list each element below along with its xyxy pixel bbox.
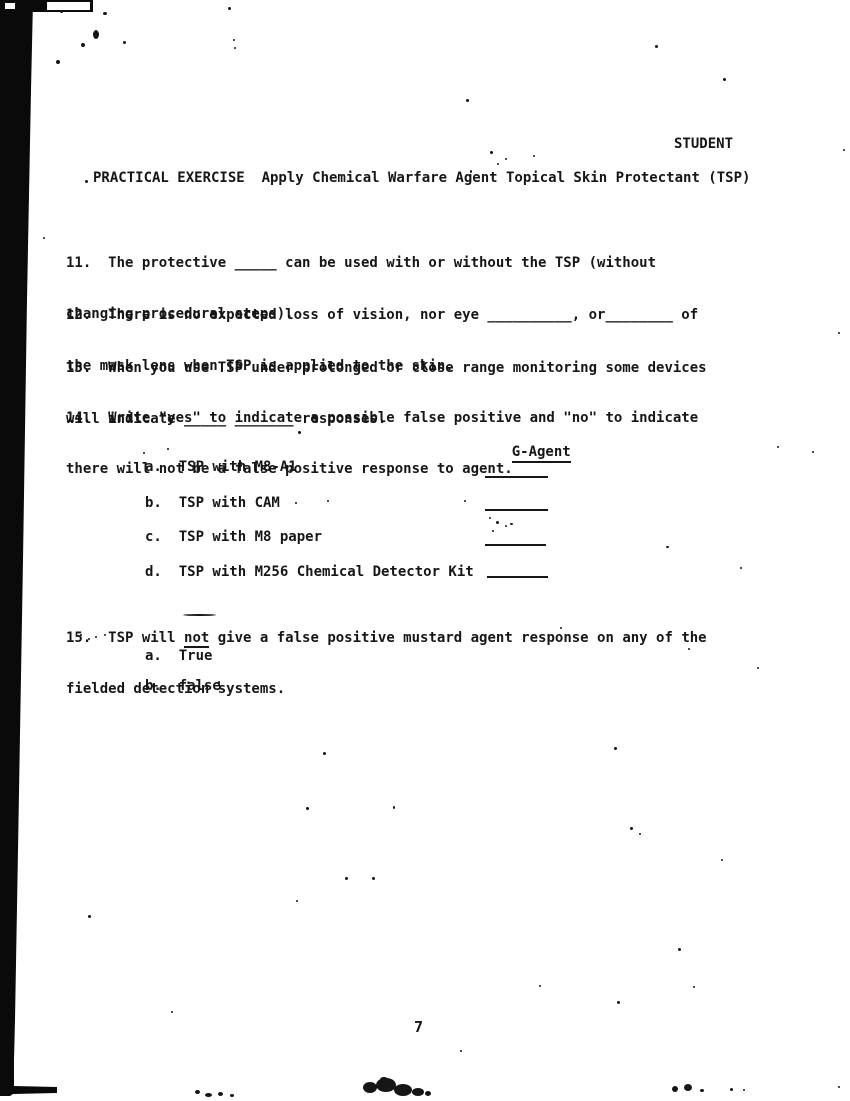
g-agent-column-header-text: G-Agent [512, 444, 571, 463]
answer-blank-c [485, 544, 546, 546]
noise-speck [218, 1092, 223, 1096]
scan-noise-layer [0, 0, 850, 1101]
q14-option-a: a. TSP with M8-A1 [145, 459, 297, 476]
noise-speck [56, 60, 60, 64]
noise-speck [666, 546, 669, 548]
noise-speck [672, 1086, 678, 1092]
noise-speck [533, 155, 535, 157]
noise-speck [380, 1077, 388, 1082]
noise-speck [655, 45, 658, 48]
noise-speck [195, 1090, 200, 1094]
noise-speck [843, 149, 845, 151]
noise-speck [510, 523, 513, 525]
noise-speck [230, 1094, 234, 1097]
noise-speck [838, 332, 840, 334]
g-agent-column-header: G-Agent [478, 427, 571, 478]
noise-speck [123, 41, 126, 44]
noise-speck [323, 752, 326, 755]
noise-speck [812, 451, 814, 453]
noise-speck [723, 78, 726, 81]
noise-speck [425, 1091, 431, 1096]
noise-speck [372, 877, 375, 880]
q14-option-c: c. TSP with M8 paper [145, 529, 322, 546]
answer-blank-d [487, 576, 548, 578]
question-11-line1: 11. The protective _____ can be used wit… [66, 255, 656, 272]
noise-speck [490, 151, 493, 154]
scan-edge-artifact [0, 0, 850, 1101]
underlined-word-not: not [184, 630, 209, 648]
noise-speck [234, 47, 236, 49]
noise-speck [363, 1082, 377, 1093]
noise-speck [757, 667, 759, 669]
noise-speck [88, 915, 91, 918]
noise-speck [630, 827, 633, 830]
noise-speck [721, 859, 723, 861]
noise-speck [496, 521, 499, 524]
noise-speck [233, 39, 235, 41]
noise-speck [838, 1086, 840, 1088]
noise-speck [460, 1050, 462, 1052]
noise-speck [684, 1084, 692, 1091]
q14-option-b: b. TSP with CAM [145, 495, 280, 512]
question-15-line1: 15. TSP will not give a false positive m… [66, 630, 707, 647]
noise-speck [617, 1001, 620, 1004]
question-13-line1: 13. When you use TSP under prolonged or … [66, 360, 707, 377]
answer-blank-a [485, 476, 548, 478]
noise-speck [205, 1093, 212, 1097]
noise-speck [777, 446, 779, 448]
q15-option-true: a. True [145, 648, 212, 665]
noise-speck [466, 99, 469, 102]
noise-speck [497, 163, 499, 165]
noise-speck [393, 806, 395, 809]
question-14: 14. Write "yes" to indicate a possible f… [66, 376, 698, 512]
noise-speck [85, 180, 88, 183]
noise-speck [489, 517, 491, 519]
noise-speck [394, 1084, 412, 1096]
question-14-line1: 14. Write "yes" to indicate a possible f… [66, 410, 698, 427]
noise-speck [296, 900, 298, 902]
exercise-title: PRACTICAL EXERCISE Apply Chemical Warfar… [93, 170, 750, 187]
noise-speck [505, 525, 507, 527]
question-15-line1-post: give a false positive mustard agent resp… [209, 630, 706, 646]
noise-speck [306, 807, 309, 810]
noise-speck [81, 43, 85, 47]
noise-speck [492, 530, 494, 532]
header-student-label: STUDENT [674, 136, 733, 153]
noise-speck [93, 30, 99, 39]
noise-speck [43, 237, 45, 239]
noise-speck [171, 1011, 173, 1013]
question-15-line1-pre: 15. TSP will [66, 630, 184, 646]
answer-blank-b [485, 509, 548, 511]
noise-speck [505, 158, 507, 160]
noise-speck [376, 1078, 396, 1092]
noise-speck [730, 1088, 733, 1091]
question-12-line1: 12. There is no expected loss of vision,… [66, 307, 698, 324]
noise-speck [539, 985, 541, 987]
noise-speck [614, 747, 617, 750]
q14-option-d: d. TSP with M256 Chemical Detector Kit [145, 564, 474, 581]
noise-speck [103, 12, 107, 15]
noise-speck [228, 7, 231, 10]
noise-speck [678, 948, 681, 951]
noise-speck [639, 833, 641, 835]
noise-speck [700, 1089, 704, 1092]
scanned-document-page: STUDENT PRACTICAL EXERCISE Apply Chemica… [0, 0, 850, 1101]
noise-speck [693, 986, 695, 988]
noise-speck [743, 1089, 745, 1091]
noise-speck [345, 877, 348, 880]
page-number: 7 [414, 1019, 423, 1036]
noise-speck [740, 567, 742, 569]
noise-speck [60, 10, 63, 13]
q15-option-false: b. false [145, 678, 221, 695]
noise-speck [412, 1088, 424, 1096]
